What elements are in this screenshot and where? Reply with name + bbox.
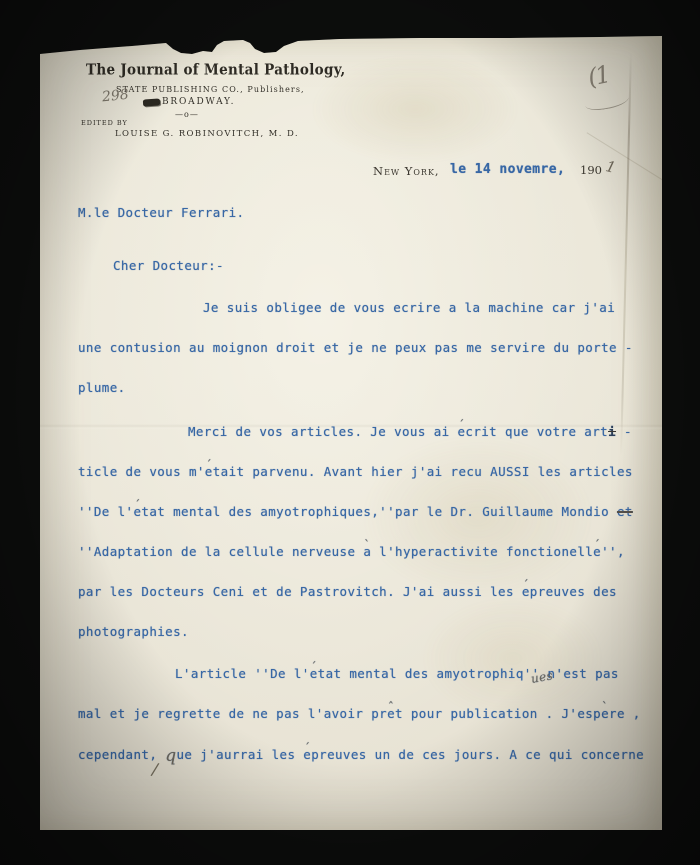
typed-text: tait parvenu. Avant hier j'ai recu AUSSI… (213, 464, 633, 479)
typed-text: Je suis obligee de vous ecrire a la mach… (203, 300, 615, 315)
letter-line: une contusion au moignon droit et je ne … (78, 328, 658, 368)
typed-text: tat mental des amyotrophiq'' (318, 666, 540, 681)
typed-text: ticle de vous m'e (78, 464, 213, 479)
letter-line: L'article ''De l'e´tat mental des amyotr… (78, 654, 658, 694)
typed-text: une contusion au moignon droit et je ne … (78, 340, 633, 355)
typed-text: Merci de vos articles. Je vous ai e (188, 424, 465, 439)
typed-text: '', (601, 544, 625, 559)
letter-line: par les Docteurs Ceni et de Pastrovitch.… (78, 572, 658, 612)
dateline-year-printed: 190 (580, 163, 602, 177)
pencil-page-mark-tail (584, 91, 630, 112)
ink-scribble (143, 98, 160, 106)
pencil-page-mark: (1 (585, 60, 611, 92)
letter-body: Je suis obligee de vous ecrire a la mach… (78, 288, 658, 774)
pencil-correction: i (608, 424, 616, 439)
typed-text: tat mental des amyotrophiques,''par le D… (141, 504, 617, 519)
typed-text: ''Adaptation de la cellule nerveuse a (78, 544, 371, 559)
letter-line: Je suis obligee de vous ecrire a la mach… (78, 288, 658, 328)
letter-line: ''De l'e´tat mental des amyotrophiques,'… (78, 492, 658, 532)
letterhead-edited-by: EDITED BY (81, 119, 128, 127)
letterhead-ornament: —o— (175, 110, 199, 119)
letter-line: plume. (78, 368, 658, 408)
typed-text: cependant, (78, 747, 165, 762)
letter-line: ticle de vous m'e´tait parvenu. Avant hi… (78, 452, 658, 492)
letterhead-publisher: STATE PUBLISHING CO., Publishers, (116, 85, 305, 94)
addressee-line: M.le Docteur Ferrari. (78, 205, 244, 220)
letterhead-title: The Journal of Mental Pathology, (86, 61, 346, 78)
typed-text: t pour publication . J'espe (395, 706, 609, 721)
handwritten-street-number: 298 (101, 87, 129, 106)
typed-text: ''De l'e (78, 504, 141, 519)
dateline-city: New York, (373, 164, 440, 178)
letter-line: mal et je regrette de ne pas l'avoir pre… (78, 694, 658, 734)
typed-text: preuves des (530, 584, 617, 599)
pencil-correction: et (617, 504, 633, 519)
typed-text: photographies. (78, 624, 189, 639)
typed-text: crit que votre art (465, 424, 608, 439)
letter-line: Merci de vos articles. Je vous ai e´crit… (78, 412, 658, 452)
typed-text: - (616, 424, 632, 439)
typed-text: ue j'aurrai les e (176, 747, 311, 762)
letter-line: ''Adaptation de la cellule nerveuse a` l… (78, 532, 658, 572)
scanned-letter-photo: { "colors":{"background":"#0c0d0c","pape… (0, 0, 700, 865)
typed-text: mal et je regrette de ne pas l'avoir pre (78, 706, 395, 721)
letter-line: cependant, que j'aurrai les e´preuves un… (78, 734, 658, 774)
typed-text: L'article ''De l'e (175, 666, 318, 681)
typed-text: plume. (78, 380, 126, 395)
pencil-correction: q (165, 746, 176, 766)
letterhead-street: BROADWAY. (162, 97, 235, 107)
letter-line: photographies. (78, 612, 658, 652)
typed-text: par les Docteurs Ceni et de Pastrovitch.… (78, 584, 530, 599)
letterhead-editor: LOUISE G. ROBINOVITCH, M. D. (115, 129, 299, 139)
dateline-typed-date: le 14 novemre, (450, 162, 565, 177)
typed-text: preuves un de ces jours. A ce qui concer… (311, 747, 644, 762)
salutation-line: Cher Docteur:- (113, 258, 224, 273)
letter-paper: The Journal of Mental Pathology, STATE P… (40, 36, 662, 830)
typed-text: re , (609, 706, 641, 721)
dateline-year-handwritten: 1 (604, 157, 618, 177)
typed-text: l'hyperactivite fonctionelle (371, 544, 601, 559)
